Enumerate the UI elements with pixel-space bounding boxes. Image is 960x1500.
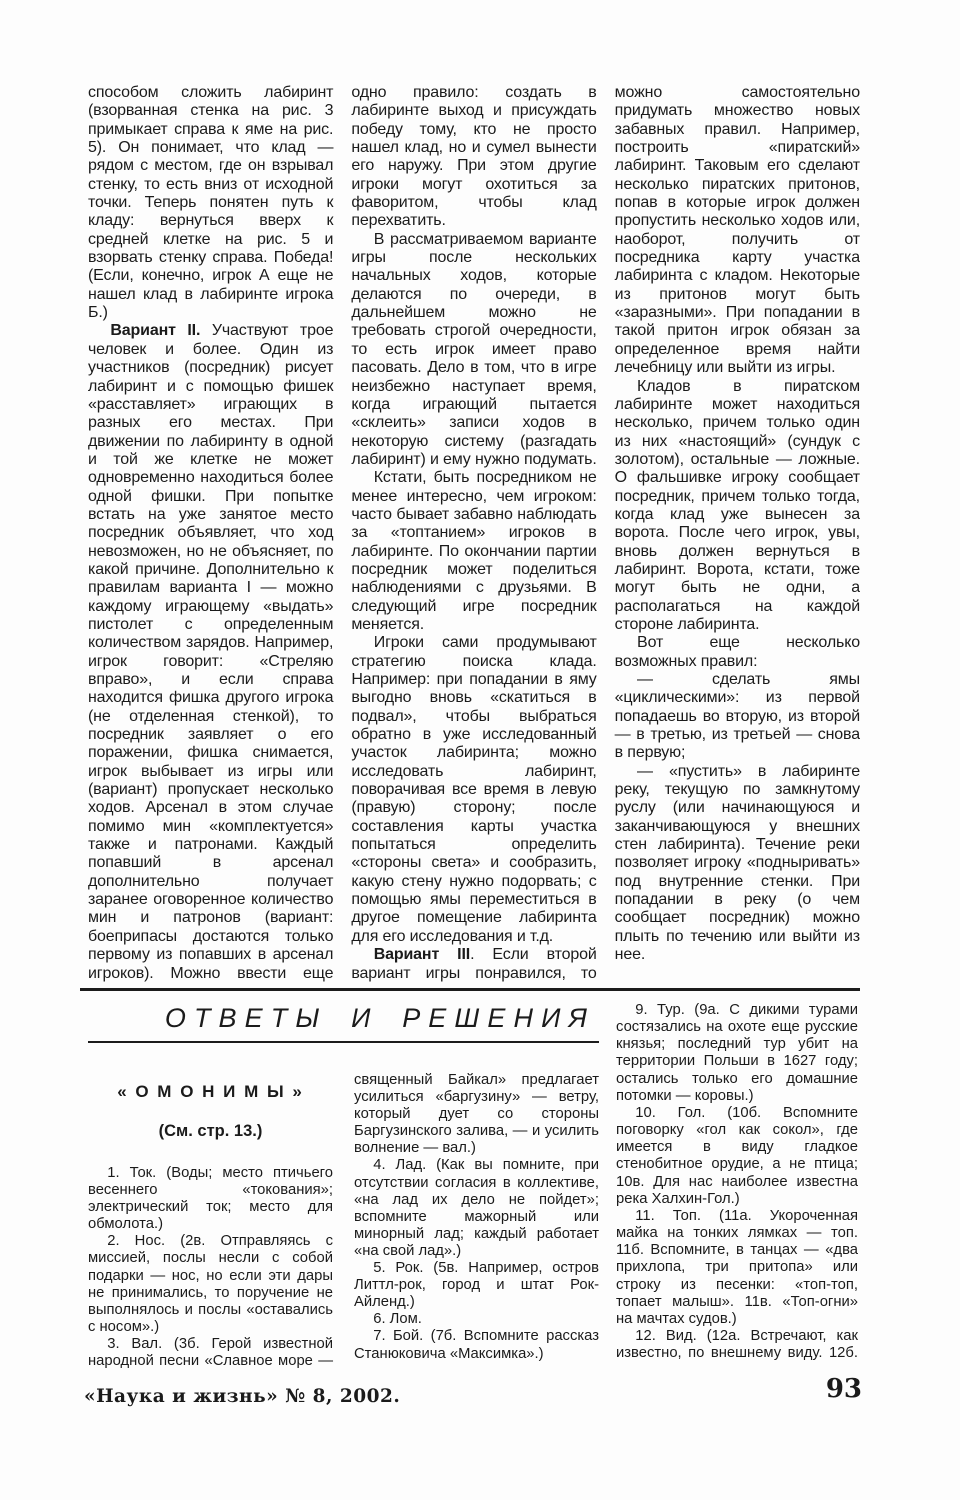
article-text-columns: способом сложить лабиринт (взорванная ст… <box>88 84 860 996</box>
paragraph: — «пустить» в лабиринте реку, текущую по… <box>615 763 860 965</box>
omonimy-subheading: (См. стр. 13.) <box>88 1122 333 1141</box>
paragraph: 12. Вид. (12а. Встречают, как известно, … <box>616 1328 858 1362</box>
answers-list-1-8: 1. Ток. (Воды; место птичьего весеннего … <box>88 1072 599 1387</box>
paragraph: 2. Нос. (2в. Отправляясь с миссией, посл… <box>88 1233 333 1336</box>
paragraph: Вот еще несколько возможных правил: <box>615 634 860 671</box>
paragraph: 1. Ток. (Воды; место птичьего весеннего … <box>88 1165 333 1233</box>
paragraph: 10. Гол. (10б. Вспомните поговорку «гол … <box>616 1105 858 1208</box>
answers-list-9-12: 9. Тур. (9а. С дикими турами состязались… <box>616 1002 858 1362</box>
paragraph: Кстати, быть посредником не менее интере… <box>351 469 596 634</box>
footer-page-number: 93 <box>826 1374 862 1404</box>
section-divider-rule <box>80 988 860 991</box>
paragraph: 5. Рок. (5в. Например, остров Литтл-рок,… <box>354 1260 599 1311</box>
paragraph: Кладов в пиратском лабиринте может наход… <box>615 378 860 635</box>
footer-magazine-title: «Наука и жизнь» № 8, 2002. <box>84 1386 400 1407</box>
paragraph: — сделать ямы «циклическими»: из первой … <box>615 671 860 763</box>
paragraph: 4. Лад. (Как вы помните, при отсутствии … <box>354 1157 599 1260</box>
paragraph: 9. Тур. (9а. С дикими турами состязались… <box>616 1002 858 1105</box>
paragraph: 7. Бой. (7б. Вспомните рассказ Станюкови… <box>354 1328 599 1362</box>
paragraph: способом сложить лабиринт (взорванная ст… <box>88 84 333 322</box>
paragraph: В рассматриваемом варианте игры после не… <box>351 231 596 469</box>
paragraph: Игроки сами продумывают стратегию поиска… <box>351 634 596 946</box>
omonimy-section: « О М О Н И М Ы » (См. стр. 13.) 1. Ток.… <box>88 1072 599 1387</box>
paragraph: 6. Лом. <box>354 1311 599 1328</box>
answers-section-title: ОТВЕТЫ И РЕШЕНИЯ <box>88 1003 595 1034</box>
title-underline-rule <box>88 1041 599 1043</box>
magazine-page: способом сложить лабиринт (взорванная ст… <box>0 0 960 1500</box>
paragraph: 11. Топ. (11а. Укороченная майка на тонк… <box>616 1208 858 1328</box>
omonimy-heading: « О М О Н И М Ы » <box>88 1082 333 1102</box>
